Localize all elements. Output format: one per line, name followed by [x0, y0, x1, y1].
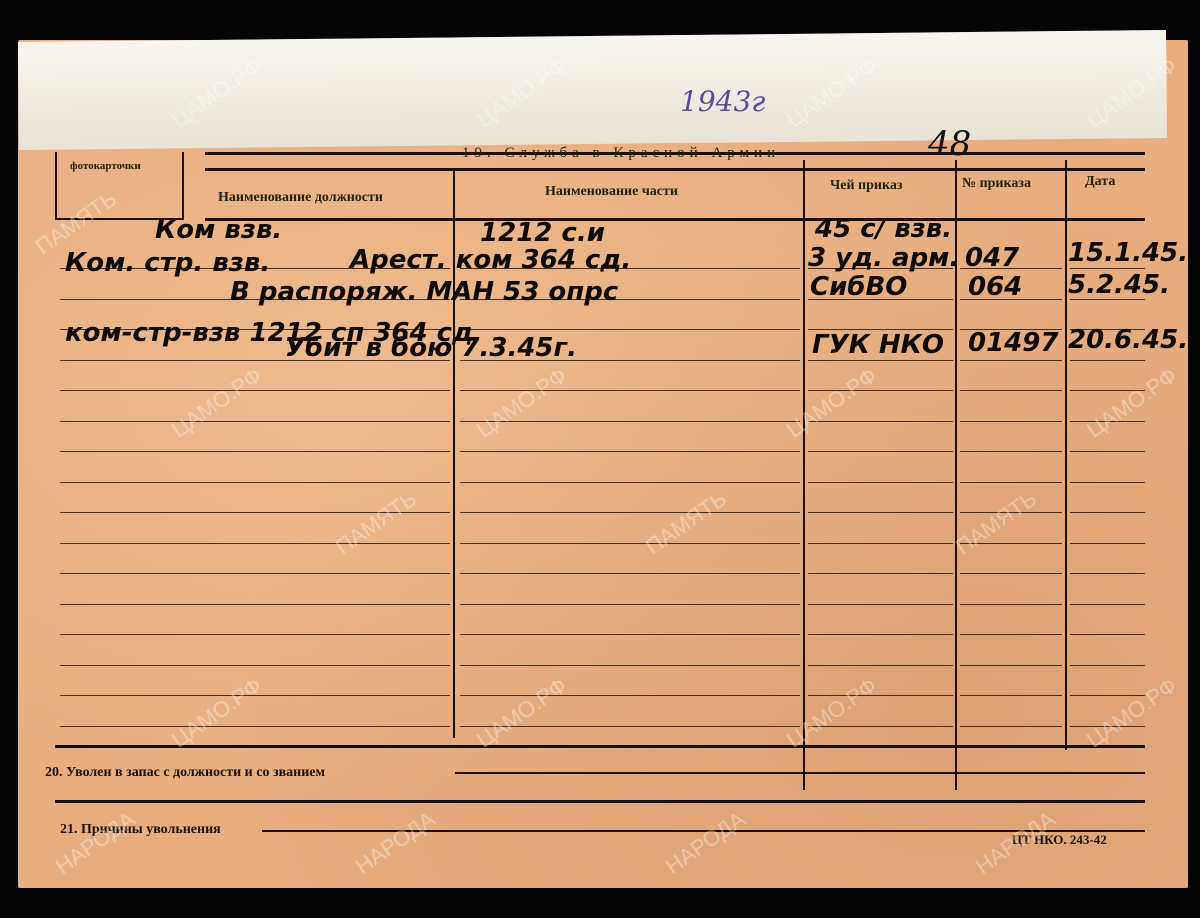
entry-date: 5.2.45. [1068, 270, 1170, 300]
row-rule [1070, 421, 1145, 422]
row-rule [460, 329, 800, 330]
row-rule [808, 695, 953, 696]
divider [55, 800, 1145, 803]
paper-strip [18, 30, 1167, 150]
entry-unit: В распоряж. МАН 53 опрс [230, 277, 618, 307]
row-rule [60, 390, 450, 391]
row-rule [460, 695, 800, 696]
column-header-unit: Наименование части [545, 184, 678, 200]
entry-order-by: 3 уд. арм. [808, 243, 959, 273]
row-rule [960, 665, 1062, 666]
divider [803, 160, 805, 790]
row-rule [808, 665, 953, 666]
row-rule [460, 726, 800, 727]
row-rule [460, 390, 800, 391]
row-rule [1070, 482, 1145, 483]
corner-number: 48 [928, 124, 971, 164]
row-rule [1070, 390, 1145, 391]
field-20-label: 20. Уволен в запас с должности и со зван… [45, 765, 325, 781]
row-rule [960, 451, 1062, 452]
row-rule [960, 543, 1062, 544]
column-header-date: Дата [1085, 174, 1115, 190]
entry-order-no: 064 [968, 272, 1022, 302]
divider [1065, 160, 1067, 750]
row-rule [60, 665, 450, 666]
row-rule [808, 451, 953, 452]
row-rule [808, 360, 953, 361]
entry-order-no: 01497 [968, 328, 1058, 358]
entry-unit: Арест. ком 364 сд. [350, 245, 631, 275]
divider [455, 772, 1145, 774]
row-rule [460, 604, 800, 605]
row-rule [808, 573, 953, 574]
row-rule [460, 512, 800, 513]
column-header-position: Наименование должности [218, 190, 383, 206]
row-rule [808, 421, 953, 422]
row-rule [960, 512, 1062, 513]
divider [205, 218, 1145, 221]
row-rule [808, 512, 953, 513]
row-rule [808, 604, 953, 605]
row-rule [808, 390, 953, 391]
divider [55, 152, 57, 220]
row-rule [1070, 604, 1145, 605]
entry-order-by: ГУК НКО [812, 330, 944, 360]
row-rule [1070, 665, 1145, 666]
row-rule [1070, 634, 1145, 635]
entry-order-no: 047 [965, 243, 1019, 273]
row-rule [960, 482, 1062, 483]
entry-unit: 1212 с.и [480, 218, 605, 248]
divider [205, 168, 1145, 171]
row-rule [460, 665, 800, 666]
row-rule [60, 543, 450, 544]
row-rule [960, 421, 1062, 422]
field-21-label: 21. Причины увольнения [60, 822, 221, 838]
row-rule [1070, 451, 1145, 452]
entry-unit: Убит в бою 7.3.45г. [285, 333, 577, 363]
row-rule [1070, 512, 1145, 513]
section-title: 19. Служба в Красной Армии [462, 145, 780, 162]
row-rule [60, 512, 450, 513]
column-header-order-no: № приказа [962, 176, 1031, 192]
row-rule [460, 634, 800, 635]
entry-date: 15.1.45. [1068, 238, 1188, 268]
row-rule [960, 390, 1062, 391]
row-rule [960, 573, 1062, 574]
row-rule [60, 421, 450, 422]
row-rule [1070, 543, 1145, 544]
photo-label: фотокарточки [70, 160, 141, 172]
year-annotation: 1943г [680, 85, 765, 118]
row-rule [460, 573, 800, 574]
row-rule [960, 634, 1062, 635]
row-rule [60, 482, 450, 483]
row-rule [808, 634, 953, 635]
row-rule [60, 451, 450, 452]
row-rule [960, 695, 1062, 696]
row-rule [460, 451, 800, 452]
entry-order-by: 45 с/ взв. [815, 214, 952, 244]
row-rule [60, 604, 450, 605]
row-rule [60, 634, 450, 635]
divider [55, 745, 1145, 748]
entry-position: Ком. стр. взв. [65, 248, 270, 278]
entry-date: 20.6.45. [1068, 325, 1188, 355]
entry-order-by: СибВО [810, 272, 907, 302]
row-rule [460, 543, 800, 544]
row-rule [808, 543, 953, 544]
row-rule [1070, 268, 1145, 269]
row-rule [460, 421, 800, 422]
row-rule [60, 695, 450, 696]
row-rule [960, 726, 1062, 727]
row-rule [460, 482, 800, 483]
row-rule [60, 726, 450, 727]
row-rule [808, 482, 953, 483]
row-rule [1070, 573, 1145, 574]
column-header-order-by: Чей приказ [830, 178, 902, 194]
row-rule [960, 604, 1062, 605]
row-rule [1070, 726, 1145, 727]
form-code: ЦТ НКО. 243-42 [1012, 832, 1107, 848]
row-rule [808, 726, 953, 727]
row-rule [1070, 360, 1145, 361]
row-rule [60, 573, 450, 574]
row-rule [1070, 695, 1145, 696]
divider [182, 152, 184, 220]
entry-position: Ком взв. [155, 215, 282, 245]
row-rule [960, 360, 1062, 361]
